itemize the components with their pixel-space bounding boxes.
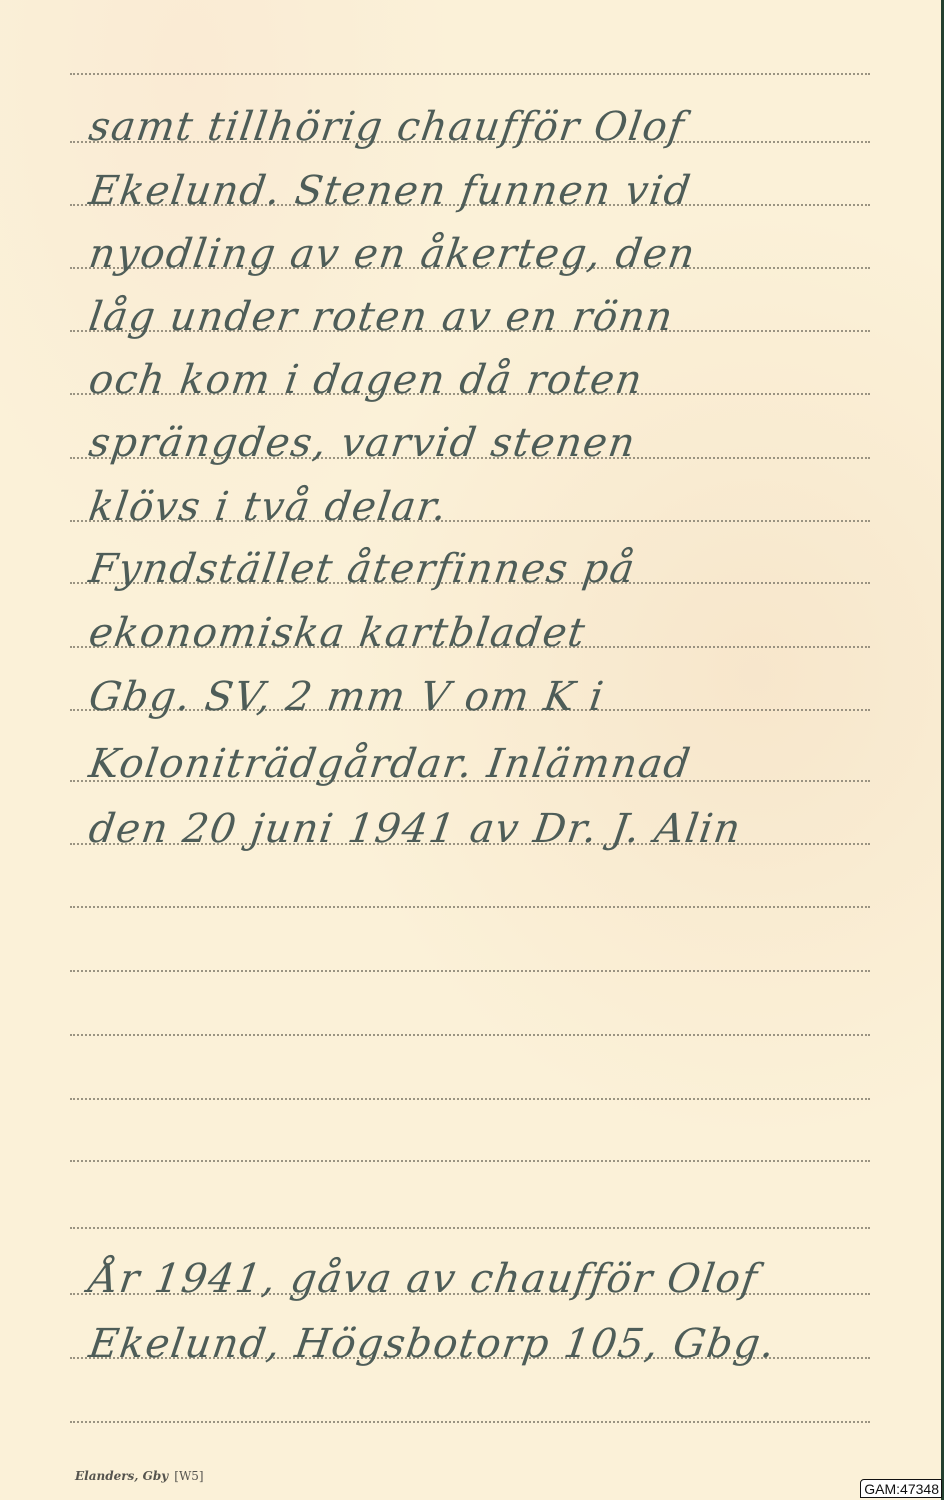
catalog-id-label: GAM:47348 [860, 1479, 942, 1498]
ruled-line [70, 1227, 870, 1229]
handwritten-line: Fyndstället återfinnes på [86, 545, 639, 593]
handwritten-line: samt tillhörig chaufför Olof [86, 103, 688, 151]
ruled-line [70, 1098, 870, 1100]
printer-code: [W5] [174, 1469, 203, 1483]
ruled-line [70, 970, 870, 972]
handwritten-line: sprängdes, varvid stenen [86, 419, 639, 467]
handwritten-line: den 20 juni 1941 av Dr. J. Alin [86, 805, 745, 853]
handwritten-line: Ekelund. Stenen funnen vid [86, 167, 695, 215]
catalog-card: samt tillhörig chaufför Olof Ekelund. St… [0, 0, 944, 1500]
printer-imprint: Elanders, Gby[W5] [75, 1469, 204, 1483]
handwritten-line: och kom i dagen då roten [86, 356, 646, 404]
ruled-line [70, 1034, 870, 1036]
handwritten-line: Koloniträdgårdar. Inlämnad [86, 740, 694, 788]
handwritten-line: År 1941, gåva av chaufför Olof [86, 1255, 761, 1303]
ruled-line [70, 73, 870, 75]
handwritten-line: Ekelund, Högsbotorp 105, Gbg. [86, 1320, 779, 1368]
handwritten-line: Gbg. SV, 2 mm V om K i [86, 673, 608, 721]
ruled-line [70, 906, 870, 908]
ruled-line [70, 1421, 870, 1423]
handwritten-line: nyodling av en åkerteg, den [86, 230, 699, 278]
handwritten-line: ekonomiska kartbladet [86, 609, 589, 657]
printer-name: Elanders, Gby [75, 1469, 168, 1483]
ruled-line [70, 1160, 870, 1162]
handwritten-line: klövs i två delar. [86, 483, 451, 531]
handwritten-line: låg under roten av en rönn [86, 293, 677, 341]
